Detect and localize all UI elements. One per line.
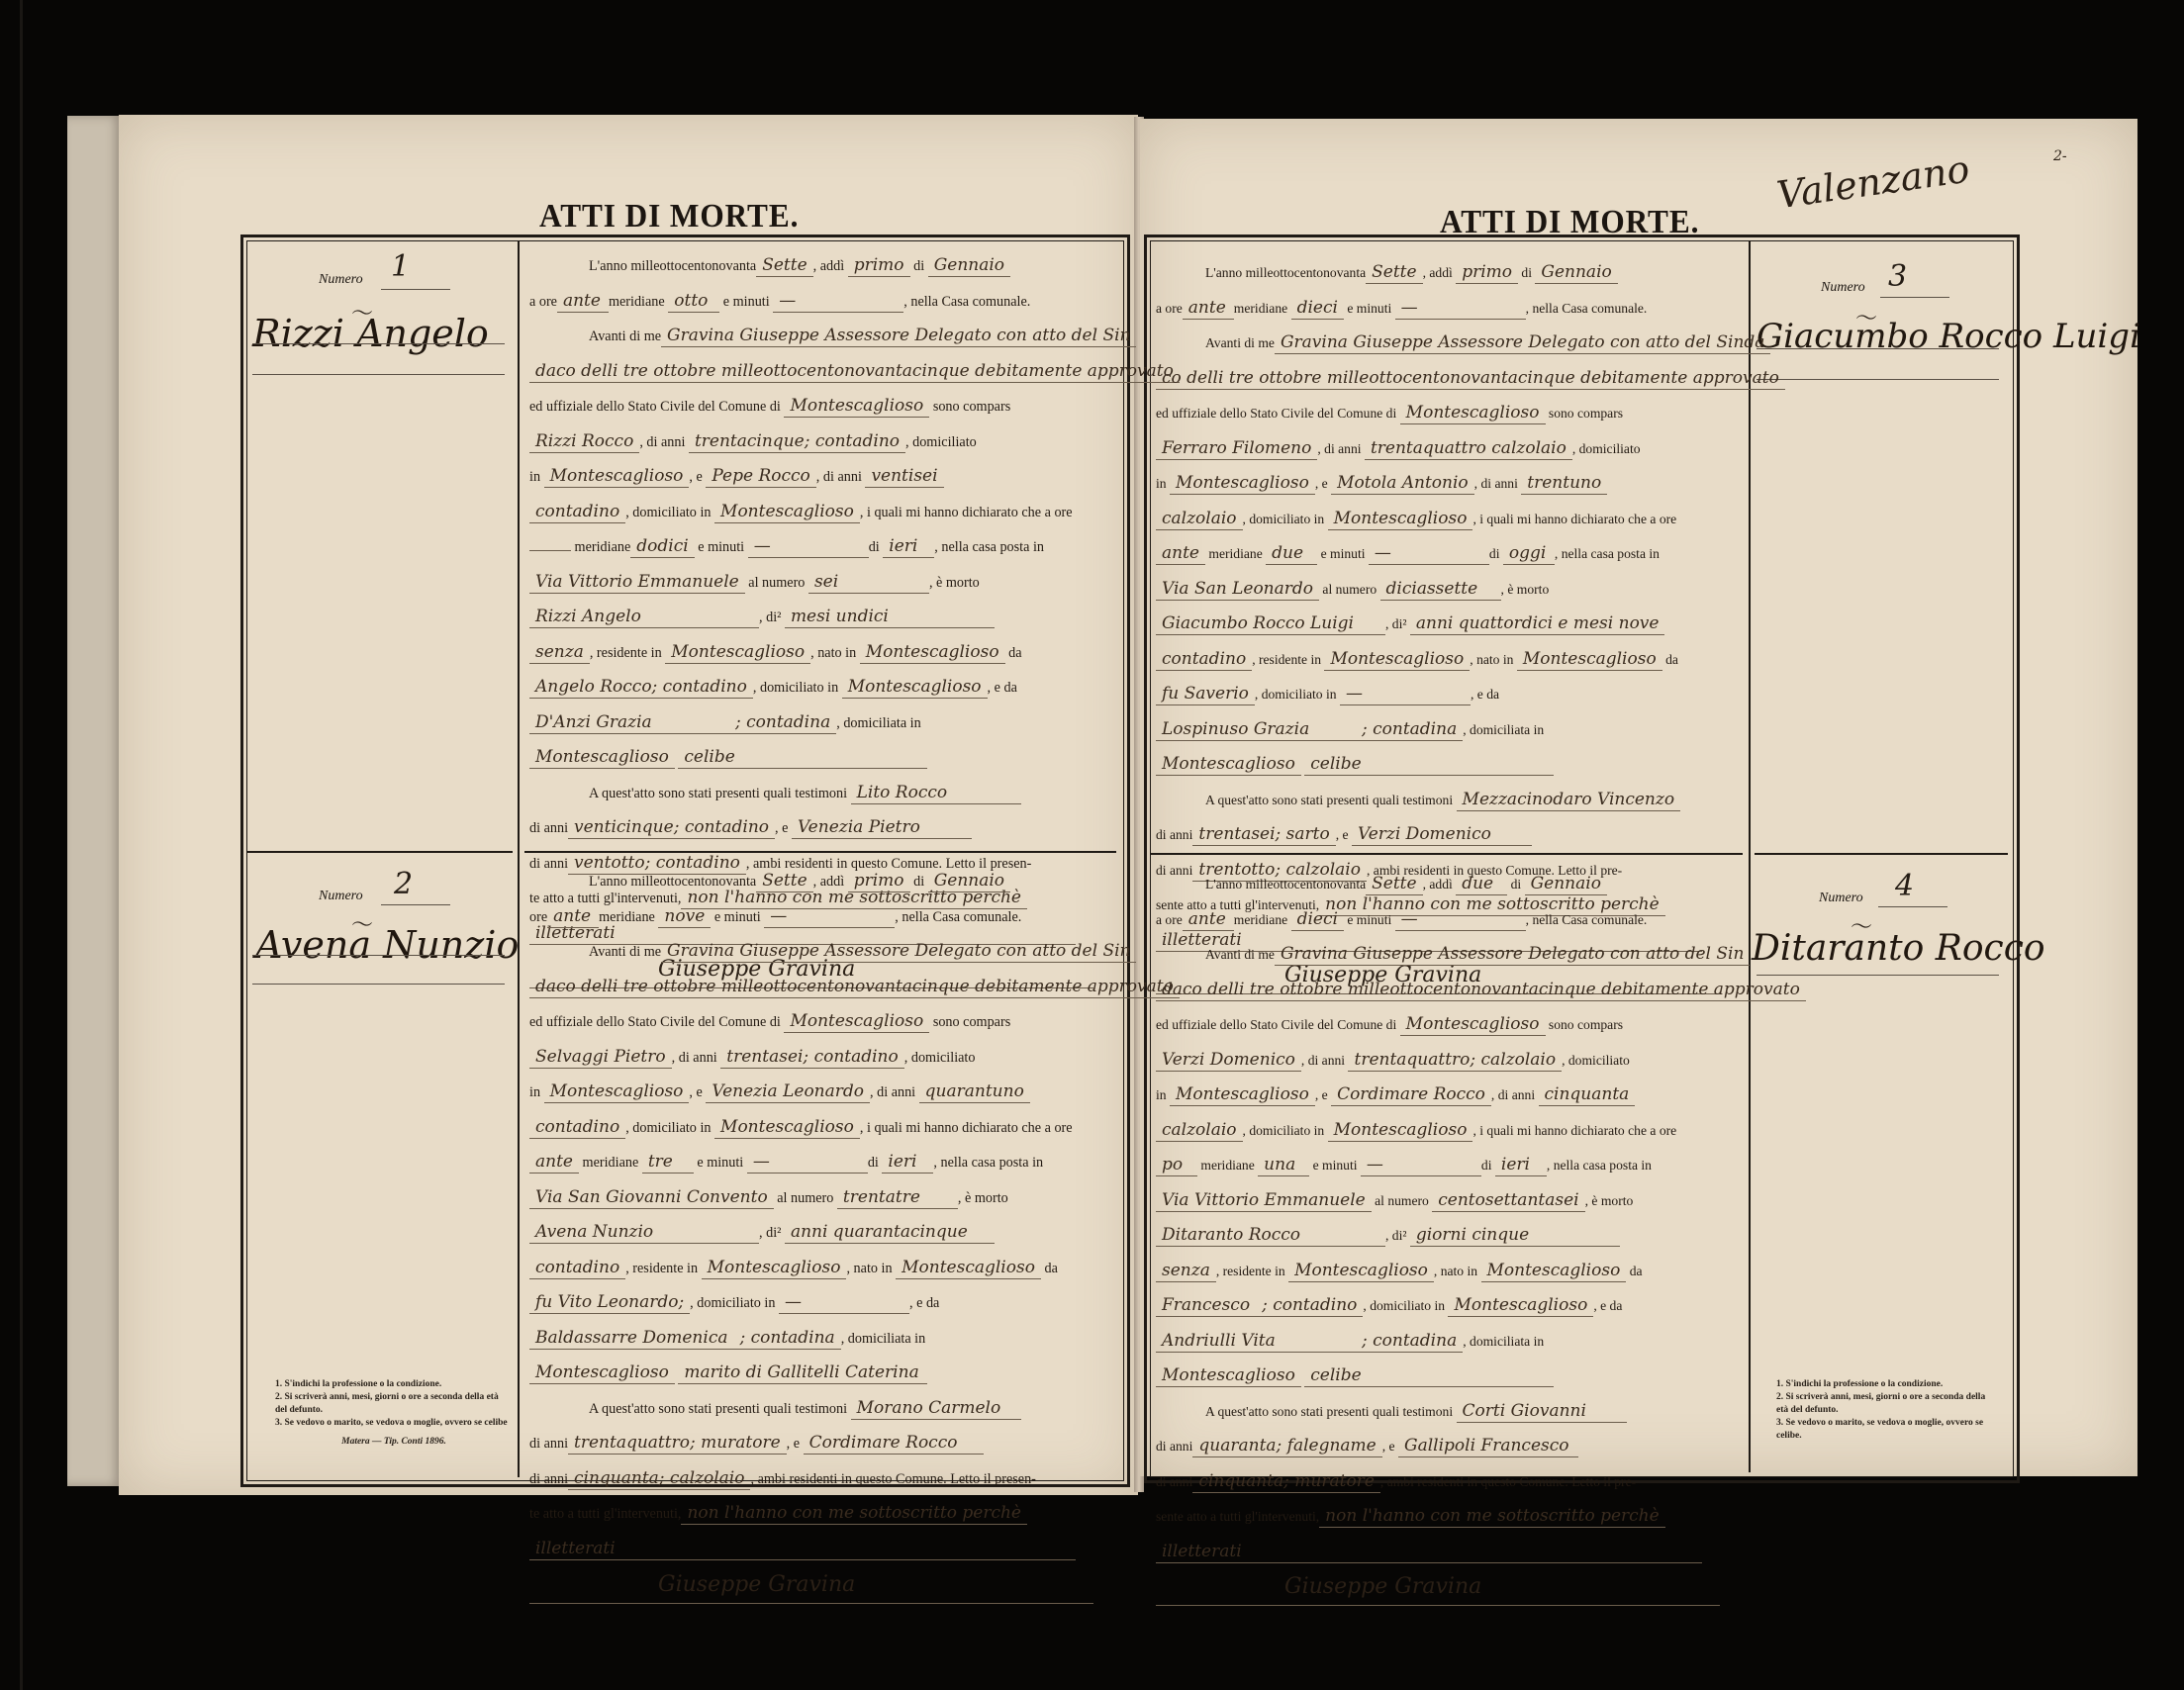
father-profession-field: ; contadino xyxy=(1256,1294,1363,1317)
month-field: Gennaio xyxy=(928,254,1010,277)
comune-field: Montescaglioso xyxy=(1400,402,1546,424)
hour-ante-field: ante xyxy=(1183,297,1234,320)
officer-signature: Giuseppe Gravina xyxy=(658,1572,855,1597)
printed-text: , è morto xyxy=(1585,1193,1634,1208)
binding-flap xyxy=(67,116,122,1486)
printed-text: e minuti xyxy=(698,539,744,555)
printed-text: e minuti xyxy=(714,909,761,925)
printed-text: al numero xyxy=(1375,1193,1429,1208)
age-field: anni quattordici e mesi nove xyxy=(1410,612,1665,635)
deceased-field: Avena Nunzio xyxy=(529,1221,759,1244)
right-column-divider xyxy=(1749,240,1751,1472)
death-day-field: ieri xyxy=(883,535,934,558)
printed-text: , residente in xyxy=(1252,652,1321,667)
printed-text: di anni xyxy=(1156,1439,1192,1454)
mother-domicile-field: Montescaglioso xyxy=(529,746,675,769)
deceased-name-header: Rizzi Angelo xyxy=(252,312,489,355)
printed-text: , e da xyxy=(1593,1298,1622,1313)
declarant2-domicile-field: Montescaglioso xyxy=(1328,508,1473,530)
printed-text: L'anno milleottocentonovanta xyxy=(1205,265,1366,280)
printed-text: , e xyxy=(787,1436,800,1452)
printed-text: di anni xyxy=(529,1436,568,1452)
printed-text: , domiciliato in xyxy=(625,1120,711,1136)
printed-text: e minuti xyxy=(1313,1158,1358,1173)
month-field: Gennaio xyxy=(1535,261,1617,284)
printed-text: da xyxy=(1008,645,1021,661)
printed-text: da xyxy=(1630,1264,1643,1278)
street-field: Via San Leonardo xyxy=(1156,578,1319,601)
house-number-field: sei xyxy=(808,571,929,594)
underline xyxy=(1757,975,1999,976)
declarant1-domicile-field: Montescaglioso xyxy=(1170,1083,1315,1106)
printed-text: Avanti di me xyxy=(1205,947,1275,962)
death-minutes-field: — xyxy=(1361,1154,1481,1176)
comune-field: Montescaglioso xyxy=(784,395,929,418)
footnote-3: 3. Se vedovo o marito, se vedova o mogli… xyxy=(1776,1417,1999,1443)
printed-text: , nella Casa comunale. xyxy=(1526,912,1648,927)
house-number-field: trentatre xyxy=(837,1186,958,1209)
death-minutes-field: — xyxy=(1369,542,1489,565)
printed-text: , i quali mi hanno dichiarato che a ore xyxy=(860,505,1073,520)
officer-continuation-field: daco delli tre ottobre milleottocentonov… xyxy=(1156,979,1806,1001)
printed-text: , e da xyxy=(909,1295,939,1311)
witness2-age-field: cinquanta; calzolaio xyxy=(568,1467,750,1490)
officer-field: Gravina Giuseppe Assessore Delegato con … xyxy=(1275,943,1750,966)
printed-text: , addì xyxy=(813,258,845,274)
printed-text: , ambi residenti in questo Comune. Letto… xyxy=(750,1471,1035,1487)
printed-text: , di anni xyxy=(1301,1053,1345,1068)
printed-text: Avanti di me xyxy=(589,944,661,960)
printed-text: , e xyxy=(1382,1439,1395,1454)
declarant2-field: Venezia Leonardo xyxy=(706,1080,870,1103)
printed-text: , nato in xyxy=(810,645,856,661)
printed-text: di xyxy=(1481,1158,1492,1173)
printed-text: te atto a tutti gl'intervenuti, xyxy=(529,1506,681,1522)
printer-imprint: Matera — Tip. Conti 1896. xyxy=(275,1436,513,1449)
officer-field: Gravina Giuseppe Assessore Delegato con … xyxy=(661,940,1136,963)
printed-text: , domiciliato xyxy=(904,1050,976,1066)
declarant1-domicile-field: Montescaglioso xyxy=(544,1080,690,1103)
printed-text: al numero xyxy=(748,575,805,591)
printed-text: , di anni xyxy=(1491,1087,1535,1102)
underline xyxy=(1878,906,1947,907)
declarant1-age-field: trentacinque; contadino xyxy=(689,430,905,453)
mother-profession-field: ; contadina xyxy=(729,711,836,734)
page-title-left: ATTI DI MORTE. xyxy=(539,198,799,235)
printed-text: ore xyxy=(529,909,547,925)
witness2-field: Gallipoli Francesco xyxy=(1398,1435,1578,1457)
declarant2-domicile-field: Montescaglioso xyxy=(714,501,860,523)
printed-text: , nato in xyxy=(1434,1264,1477,1278)
death-ante-field: po xyxy=(1156,1154,1197,1176)
declarant1-domicile-field: Montescaglioso xyxy=(544,465,690,488)
year-field: Sette xyxy=(756,254,812,277)
printed-text: e minuti xyxy=(697,1155,743,1171)
declarant2-age-field: ventisei xyxy=(865,465,943,488)
mother-profession-field: ; contadina xyxy=(1356,1330,1463,1353)
printed-text: , di² xyxy=(759,610,781,625)
comune-field: Montescaglioso xyxy=(784,1010,929,1033)
hour-ante-field: ante xyxy=(557,290,609,313)
mother-field: Lospinuso Grazia xyxy=(1156,718,1356,741)
officer-continuation-field: daco delli tre ottobre milleottocentonov… xyxy=(529,360,1180,383)
printed-text: , domiciliato in xyxy=(625,505,711,520)
declarant1-age-field: trentaquattro; calzolaio xyxy=(1348,1049,1562,1072)
street-field: Via Vittorio Emmanuele xyxy=(529,571,745,594)
printed-text: , domiciliata in xyxy=(841,1331,926,1347)
page-number: 2- xyxy=(2053,148,2067,164)
printed-text: A quest'atto sono stati presenti quali t… xyxy=(589,786,847,801)
witness2-field: Verzi Domenico xyxy=(1352,823,1532,846)
death-hour-field: tre xyxy=(642,1151,694,1174)
civil-status-field: celibe xyxy=(678,746,927,769)
declarant1-domicile-field: Montescaglioso xyxy=(1170,472,1315,495)
printed-text: , domiciliato in xyxy=(1243,1123,1325,1138)
printed-text: , domiciliato in xyxy=(753,680,838,696)
printed-text: di xyxy=(1489,546,1500,561)
printed-text: , nato in xyxy=(1470,652,1513,667)
witness2-age-field: cinquanta; muratore xyxy=(1192,1470,1380,1493)
day-field: primo xyxy=(848,254,910,277)
printed-text: meridiane xyxy=(1234,912,1287,927)
minutes-field: — xyxy=(1395,908,1526,931)
underline xyxy=(252,984,505,985)
declarant1-age-field: trentasei; contadino xyxy=(720,1046,903,1069)
death-hour-field: due xyxy=(1266,542,1317,565)
declarant1-field: Rizzi Rocco xyxy=(529,430,639,453)
printed-text: , i quali mi hanno dichiarato che a ore xyxy=(1472,1123,1676,1138)
footnote-1: 1. S'indichi la professione o la condizi… xyxy=(275,1378,513,1391)
day-field: due xyxy=(1456,873,1507,895)
death-ante-field: ante xyxy=(529,1151,579,1174)
printed-text: , residente in xyxy=(625,1261,698,1276)
underline xyxy=(381,289,450,290)
printed-text: , domiciliata in xyxy=(1463,1334,1544,1349)
residence-field: Montescaglioso xyxy=(665,641,810,664)
death-minutes-field: — xyxy=(748,535,869,558)
left-number-divider xyxy=(247,851,513,853)
death-ante-field: ante xyxy=(1156,542,1205,565)
civil-status-field: celibe xyxy=(1304,753,1554,776)
witness1-age-field: quaranta; falegname xyxy=(1192,1435,1381,1457)
residence-field: Montescaglioso xyxy=(1288,1260,1434,1282)
footnote-2: 2. Si scriverà anni, mesi, giorni o ore … xyxy=(1776,1391,1999,1417)
deceased-name-header: Avena Nunzio xyxy=(255,923,519,967)
printed-text: da xyxy=(1044,1261,1057,1276)
day-field: primo xyxy=(848,870,910,892)
printed-text: , nella Casa comunale. xyxy=(1526,301,1648,316)
hour-ante-field: ante xyxy=(1183,908,1234,931)
declarant1-age-field: trentaquattro calzolaio xyxy=(1365,437,1572,460)
month-field: Gennaio xyxy=(1525,873,1607,895)
minutes-field: — xyxy=(1395,297,1526,320)
age-field: anni quarantacinque xyxy=(785,1221,995,1244)
residence-field: Montescaglioso xyxy=(1324,648,1470,671)
officer-continuation-field: daco delli tre ottobre milleottocentonov… xyxy=(529,976,1180,998)
officer-continuation-field: co delli tre ottobre milleottocentonovan… xyxy=(1156,367,1785,390)
printed-text: al numero xyxy=(777,1190,833,1206)
profession-field: contadino xyxy=(1156,648,1252,671)
record-4-body: L'anno milleottocentonovantaSette, addì … xyxy=(1156,867,1740,1606)
printed-text: , residente in xyxy=(590,645,662,661)
footnote-2: 2. Si scriverà anni, mesi, giorni o ore … xyxy=(275,1391,513,1417)
deceased-name-header: Giacumbo Rocco Luigi xyxy=(1757,317,2140,356)
mother-field: D'Anzi Grazia xyxy=(529,711,729,734)
printed-text: in xyxy=(529,1084,540,1100)
printed-text: , addì xyxy=(813,874,845,890)
printed-text: , e da xyxy=(988,680,1017,696)
printed-text: , domiciliato in xyxy=(1255,687,1337,702)
mother-domicile-field: Montescaglioso xyxy=(529,1361,675,1384)
printed-text: , è morto xyxy=(958,1190,1008,1206)
scan-edge xyxy=(20,0,23,1690)
printed-text: a ore xyxy=(1156,301,1183,316)
printed-text: , domiciliato in xyxy=(1363,1298,1445,1313)
printed-text: , addì xyxy=(1423,265,1453,280)
closing-continuation-field: illetterati xyxy=(1156,1541,1702,1563)
death-day-field: ieri xyxy=(882,1151,933,1174)
printed-text: e minuti xyxy=(1347,301,1391,316)
printed-text: in xyxy=(529,469,540,485)
officer-field: Gravina Giuseppe Assessore Delegato con … xyxy=(1275,331,1770,354)
printed-text: , di² xyxy=(1385,616,1406,631)
year-field: Sette xyxy=(1366,873,1422,895)
mother-domicile-field: Montescaglioso xyxy=(1156,1364,1301,1387)
father-domicile-field: Montescaglioso xyxy=(1448,1294,1593,1317)
underline xyxy=(252,374,505,375)
printed-text: , nato in xyxy=(846,1261,892,1276)
record-number: 2 xyxy=(394,867,413,901)
printed-text: Avanti di me xyxy=(1205,335,1275,350)
underline xyxy=(252,343,505,344)
printed-text: , di anni xyxy=(672,1050,717,1066)
printed-text: , e xyxy=(1336,827,1349,842)
mother-field: Andriulli Vita xyxy=(1156,1330,1356,1353)
printed-text: , è morto xyxy=(929,575,980,591)
hour-field: nove xyxy=(658,905,711,928)
printed-text: , di anni xyxy=(639,434,685,450)
printed-text: , e xyxy=(775,820,788,836)
closing-continuation-field: illetterati xyxy=(529,1538,1076,1560)
record-2-body: L'anno milleottocentonovantaSette, addì … xyxy=(529,865,1113,1604)
declarant2-age-field: quarantuno xyxy=(919,1080,1030,1103)
father-domicile-field: — xyxy=(779,1291,909,1314)
printed-text: a ore xyxy=(1156,912,1183,927)
printed-text: , e xyxy=(1315,476,1328,491)
printed-text: , di anni xyxy=(1317,441,1361,456)
witness1-field: Lito Rocco xyxy=(851,782,1021,804)
record-number: 3 xyxy=(1888,259,1907,294)
closing-field: non l'hanno con me sottoscritto perchè xyxy=(681,1502,1027,1525)
printed-text: , residente in xyxy=(1216,1264,1285,1278)
underline xyxy=(1757,379,1999,380)
right-number-divider xyxy=(1755,853,2008,855)
father-domicile-field: Montescaglioso xyxy=(842,676,988,699)
underline xyxy=(1880,297,1949,298)
printed-text: , i quali mi hanno dichiarato che a ore xyxy=(1472,512,1676,526)
printed-text: , e da xyxy=(1471,687,1499,702)
printed-text: , di anni xyxy=(1474,476,1518,491)
printed-text: di xyxy=(1511,877,1522,892)
printed-text: di anni xyxy=(529,820,568,836)
birthplace-field: Montescaglioso xyxy=(860,641,1005,664)
mother-profession-field: ; contadina xyxy=(1356,718,1463,741)
hour-field: dieci xyxy=(1291,297,1344,320)
printed-text: , i quali mi hanno dichiarato che a ore xyxy=(860,1120,1073,1136)
witness1-field: Mezzacinodaro Vincenzo xyxy=(1457,789,1681,811)
printed-text: meridiane xyxy=(575,539,631,555)
printed-text: ed uffiziale dello Stato Civile del Comu… xyxy=(1156,406,1396,421)
printed-text: , nella casa posta in xyxy=(933,1155,1043,1171)
declarant2-profession-field: contadino xyxy=(529,501,625,523)
witness1-field: Morano Carmelo xyxy=(851,1397,1021,1420)
printed-text: sono compars xyxy=(933,1014,1010,1030)
father-field: Francesco xyxy=(1156,1294,1256,1317)
hour-field: otto xyxy=(668,290,719,313)
number-label: Numero xyxy=(319,889,363,904)
printed-text: ed uffiziale dello Stato Civile del Comu… xyxy=(529,1014,781,1030)
deceased-field: Giacumbo Rocco Luigi xyxy=(1156,612,1385,635)
printed-text: e minuti xyxy=(1347,912,1391,927)
printed-text: A quest'atto sono stati presenti quali t… xyxy=(1205,1404,1453,1419)
birthplace-field: Montescaglioso xyxy=(1517,648,1662,671)
minutes-field: — xyxy=(773,290,903,313)
left-column-divider xyxy=(518,240,520,1477)
officer-field: Gravina Giuseppe Assessore Delegato con … xyxy=(661,325,1136,347)
printed-text: meridiane xyxy=(583,1155,639,1171)
year-field: Sette xyxy=(756,870,812,892)
declarant2-field: Pepe Rocco xyxy=(706,465,815,488)
deceased-name-header: Ditaranto Rocco xyxy=(1752,928,2045,969)
printed-text: da xyxy=(1665,652,1678,667)
declarant2-field: Motola Antonio xyxy=(1331,472,1474,495)
printed-text: , domiciliato in xyxy=(690,1295,775,1311)
death-day-field: ieri xyxy=(1495,1154,1547,1176)
house-number-field: diciassette xyxy=(1380,578,1501,601)
civil-status-field: celibe xyxy=(1304,1364,1554,1387)
declarant2-age-field: trentuno xyxy=(1521,472,1607,495)
printed-text: meridiane xyxy=(609,294,665,310)
declarant2-profession-field: calzolaio xyxy=(1156,508,1243,530)
printed-text: , domiciliata in xyxy=(1463,722,1544,737)
printed-text: di xyxy=(869,539,880,555)
printed-text: L'anno milleottocentonovanta xyxy=(589,874,756,890)
declarant1-field: Verzi Domenico xyxy=(1156,1049,1301,1072)
printed-text: , domiciliata in xyxy=(836,715,921,731)
father-domicile-field: — xyxy=(1340,683,1471,705)
street-field: Via San Giovanni Convento xyxy=(529,1186,774,1209)
closing-field: non l'hanno con me sottoscritto perchè xyxy=(1319,1505,1665,1528)
witness1-age-field: trentaquattro; muratore xyxy=(568,1432,787,1455)
printed-text: meridiane xyxy=(1200,1158,1254,1173)
printed-text: , domiciliato xyxy=(1562,1053,1630,1068)
printed-text: , nella Casa comunale. xyxy=(895,909,1021,925)
printed-text: L'anno milleottocentonovanta xyxy=(1205,877,1366,892)
printed-text: , di² xyxy=(759,1225,781,1241)
printed-text: , e xyxy=(689,1084,702,1100)
printed-text: in xyxy=(1156,476,1167,491)
printed-text: , è morto xyxy=(1501,582,1550,597)
house-number-field: centosettantasei xyxy=(1432,1189,1584,1212)
death-hour-field: una xyxy=(1258,1154,1309,1176)
printed-text: , nella casa posta in xyxy=(1555,546,1660,561)
footnote-3: 3. Se vedovo o marito, se vedova o mogli… xyxy=(275,1417,513,1430)
year-field: Sette xyxy=(1366,261,1422,284)
father-field: fu Vito Leonardo; xyxy=(529,1291,690,1314)
number-label: Numero xyxy=(1819,891,1863,906)
witness1-age-field: trentasei; sarto xyxy=(1192,823,1335,846)
printed-text: sono compars xyxy=(933,399,1010,415)
record-number: 1 xyxy=(391,249,410,284)
printed-text: di anni xyxy=(529,1471,568,1487)
declarant2-profession-field: contadino xyxy=(529,1116,625,1139)
profession-field: senza xyxy=(1156,1260,1216,1282)
printed-text: e minuti xyxy=(723,294,770,310)
printed-text: , domiciliato in xyxy=(1243,512,1325,526)
declarant1-field: Ferraro Filomeno xyxy=(1156,437,1317,460)
mother-field: Baldassarre Domenica xyxy=(529,1327,733,1350)
birthplace-field: Montescaglioso xyxy=(1481,1260,1627,1282)
printed-text: , di² xyxy=(1385,1228,1406,1243)
printed-text: A quest'atto sono stati presenti quali t… xyxy=(1205,793,1453,807)
printed-text: , nella Casa comunale. xyxy=(903,294,1030,310)
underline xyxy=(252,955,505,956)
death-ante-field xyxy=(529,550,571,551)
birthplace-field: Montescaglioso xyxy=(896,1257,1041,1279)
footnotes-right: 1. S'indichi la professione o la condizi… xyxy=(1776,1378,1999,1443)
printed-text: a ore xyxy=(529,294,557,310)
printed-text: al numero xyxy=(1322,582,1377,597)
printed-text: meridiane xyxy=(1234,301,1287,316)
declarant2-domicile-field: Montescaglioso xyxy=(714,1116,860,1139)
footnote-1: 1. S'indichi la professione o la condizi… xyxy=(1776,1378,1999,1391)
hour-field: dieci xyxy=(1291,908,1344,931)
printed-text: L'anno milleottocentonovanta xyxy=(589,258,756,274)
age-field: mesi undici xyxy=(785,606,995,628)
comune-field: Montescaglioso xyxy=(1400,1013,1546,1036)
hour-ante-field: ante xyxy=(547,905,599,928)
day-field: primo xyxy=(1456,261,1518,284)
printed-text: , nella casa posta in xyxy=(934,539,1044,555)
profession-field: contadino xyxy=(529,1257,625,1279)
printed-text: A quest'atto sono stati presenti quali t… xyxy=(589,1401,847,1417)
number-label: Numero xyxy=(319,272,363,288)
printed-text: ed uffiziale dello Stato Civile del Comu… xyxy=(1156,1017,1396,1032)
printed-text: e minuti xyxy=(1321,546,1366,561)
declarant1-field: Selvaggi Pietro xyxy=(529,1046,672,1069)
printed-text: meridiane xyxy=(1208,546,1262,561)
printed-text: , di anni xyxy=(816,469,862,485)
mother-profession-field: ; contadina xyxy=(733,1327,840,1350)
witness1-field: Corti Giovanni xyxy=(1457,1400,1627,1423)
printed-text: di anni xyxy=(1156,1474,1192,1489)
deceased-field: Rizzi Angelo xyxy=(529,606,759,628)
printed-text: , e xyxy=(689,469,702,485)
death-minutes-field: — xyxy=(747,1151,868,1174)
civil-status-field: marito di Gallitelli Caterina xyxy=(678,1361,927,1384)
officer-signature: Giuseppe Gravina xyxy=(1284,1574,1481,1599)
age-field: giorni cinque xyxy=(1410,1224,1620,1247)
declarant2-domicile-field: Montescaglioso xyxy=(1328,1119,1473,1142)
printed-text: meridiane xyxy=(599,909,655,925)
underline xyxy=(1757,348,1999,349)
declarant2-age-field: cinquanta xyxy=(1539,1083,1636,1106)
printed-text: di xyxy=(868,1155,879,1171)
witness2-field: Venezia Pietro xyxy=(792,816,972,839)
month-field: Gennaio xyxy=(928,870,1010,892)
death-hour-field: dodici xyxy=(630,535,694,558)
printed-text: ed uffiziale dello Stato Civile del Comu… xyxy=(529,399,781,415)
